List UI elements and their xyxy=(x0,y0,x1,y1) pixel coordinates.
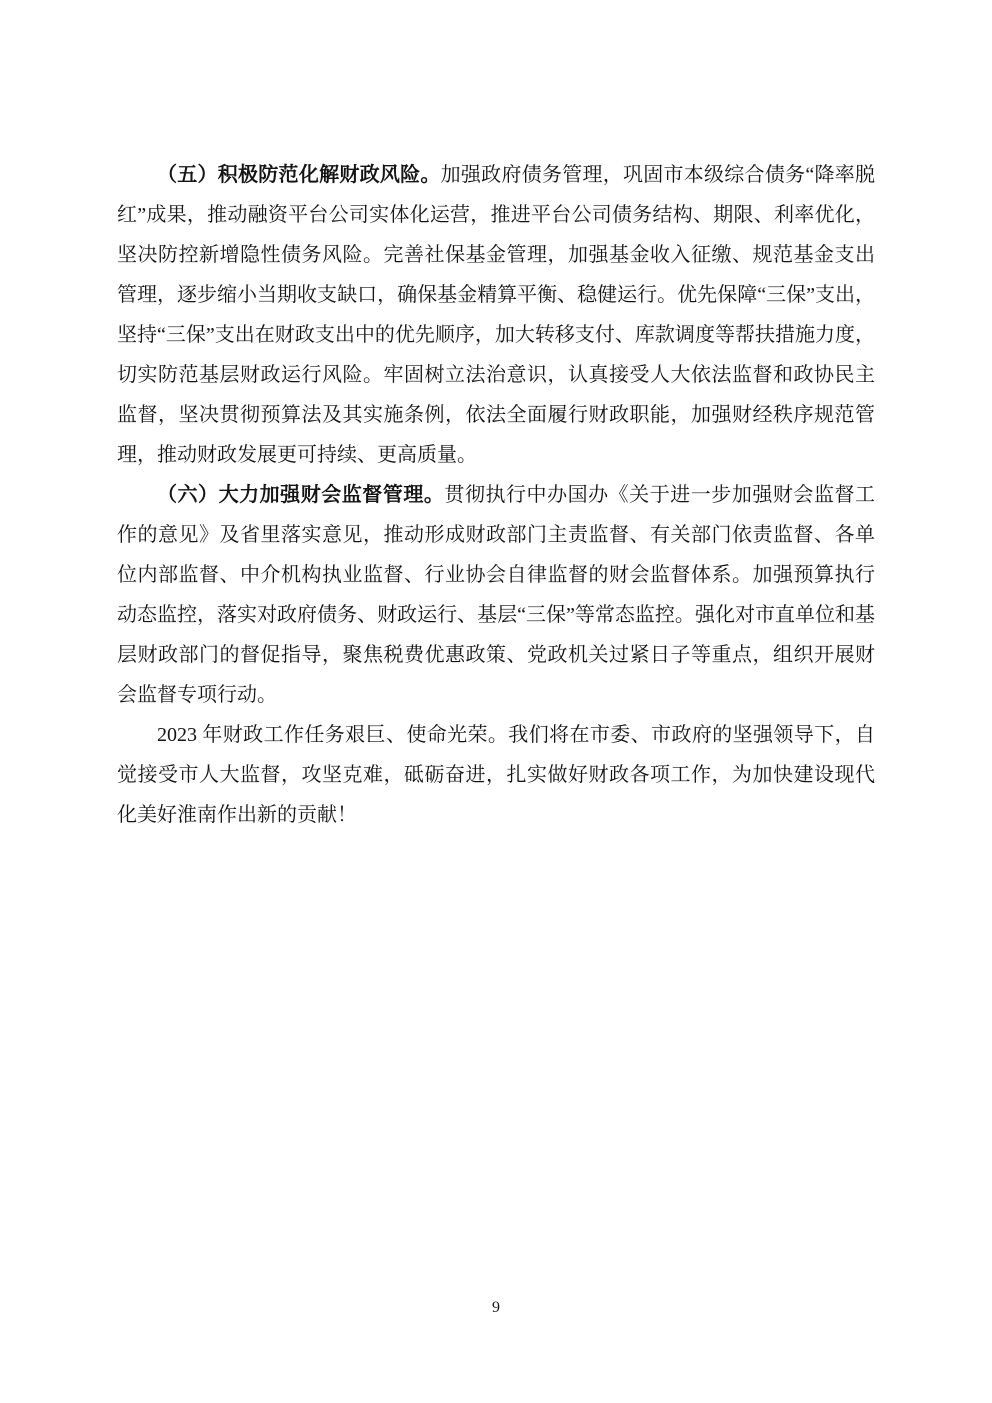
document-body: （五）积极防范化解财政风险。加强政府债务管理，巩固市本级综合债务“降率脱红”成果… xyxy=(117,155,875,835)
paragraph-section-6: （六）大力加强财会监督管理。贯彻执行中办国办《关于进一步加强财会监督工作的意见》… xyxy=(117,475,875,715)
document-page: （五）积极防范化解财政风险。加强政府债务管理，巩固市本级综合债务“降率脱红”成果… xyxy=(0,0,992,1403)
paragraph-closing: 2023 年财政工作任务艰巨、使命光荣。我们将在市委、市政府的坚强领导下，自觉接… xyxy=(117,715,875,835)
paragraph-heading: （五）积极防范化解财政风险。 xyxy=(157,164,441,186)
paragraph-section-5: （五）积极防范化解财政风险。加强政府债务管理，巩固市本级综合债务“降率脱红”成果… xyxy=(117,155,875,475)
page-number: 9 xyxy=(0,1298,992,1318)
paragraph-text: 2023 年财政工作任务艰巨、使命光荣。我们将在市委、市政府的坚强领导下，自觉接… xyxy=(117,724,875,826)
paragraph-text: 贯彻执行中办国办《关于进一步加强财会监督工作的意见》及省里落实意见，推动形成财政… xyxy=(117,484,875,706)
paragraph-heading: （六）大力加强财会监督管理。 xyxy=(157,484,444,506)
paragraph-text: 加强政府债务管理，巩固市本级综合债务“降率脱红”成果，推动融资平台公司实体化运营… xyxy=(117,164,875,466)
